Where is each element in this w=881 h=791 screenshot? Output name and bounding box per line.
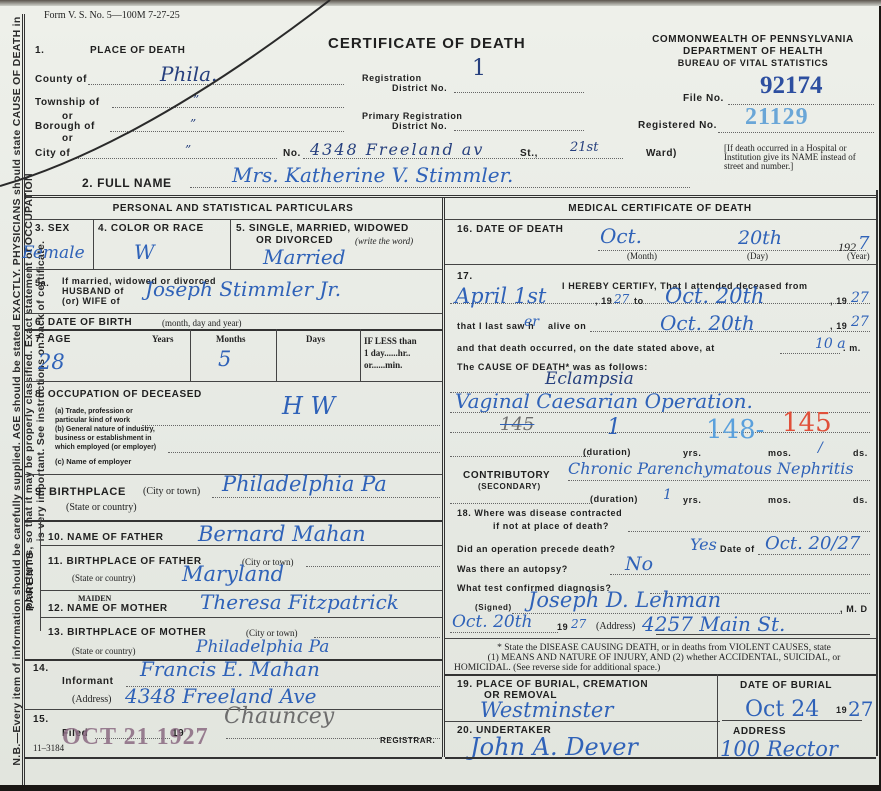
contributory-duration-line xyxy=(450,503,590,504)
race-label: 4. COLOR OR RACE xyxy=(98,223,204,234)
spouse-label3: (or) WIFE of xyxy=(62,296,120,306)
county-label: County of xyxy=(35,74,87,85)
row-line xyxy=(24,381,442,382)
row-line xyxy=(40,545,442,546)
county-value: Phila. xyxy=(160,62,217,86)
occupation-label: 8. OCCUPATION OF DECEASED xyxy=(35,389,202,400)
operation-date-line xyxy=(758,554,870,555)
form-bottom-code: 11–3184 xyxy=(33,743,64,753)
full-name-value: Mrs. Katherine V. Stimmler. xyxy=(232,163,513,187)
informant-address-label: (Address) xyxy=(72,694,111,705)
registration-district-line xyxy=(454,92,584,93)
filed-num: 15. xyxy=(33,714,49,725)
col-line xyxy=(360,329,361,381)
row-line xyxy=(445,264,876,265)
registered-no-label: Registered No. xyxy=(638,120,717,131)
death-time-suffix: . m. xyxy=(843,343,861,353)
footnote-line3: HOMICIDAL. (See reverse side for additio… xyxy=(454,663,874,673)
operation-value: Yes xyxy=(690,535,717,554)
borough-value: ” xyxy=(190,117,196,131)
marital-value: Married xyxy=(263,245,346,269)
birthplace-state-note: (State or country) xyxy=(66,502,137,513)
cause-duration-mark: 1 xyxy=(607,415,621,440)
col-line xyxy=(276,329,277,381)
occupation-line-a xyxy=(142,425,440,426)
occupation-a-line2: particular kind of work xyxy=(55,417,130,424)
street-value: 4348 Freeland av xyxy=(310,140,484,159)
operation-date-label: Date of xyxy=(720,544,755,554)
attended-from-year-prefix: , 19 xyxy=(595,296,612,306)
borough-line xyxy=(110,131,344,132)
last-saw-label2: alive on xyxy=(548,321,586,331)
birthplace-label: 9. BIRTHPLACE xyxy=(35,486,126,498)
cause-line2-value: Vaginal Caesarian Operation. xyxy=(455,389,753,413)
hospital-note: [If death occurred in a Hospital or Inst… xyxy=(724,144,872,171)
ward-value: 21st xyxy=(570,140,598,155)
contributory-value: Chronic Parenchymatous Nephritis xyxy=(568,459,854,478)
last-saw-date: Oct. 20th xyxy=(660,311,755,335)
attended-from-year: 27 xyxy=(614,292,629,306)
filed-date-stamp: OCT 21 1927 xyxy=(62,724,209,751)
footnote-line2: (1) MEANS AND NATURE OF INJURY, AND (2) … xyxy=(454,653,874,663)
spouse-label2: HUSBAND of xyxy=(62,286,124,296)
row-line xyxy=(445,638,876,639)
footnote-line1: * State the DISEASE CAUSING DEATH, or in… xyxy=(454,643,874,653)
township-value: ” xyxy=(193,93,199,107)
less-than-line1: IF LESS than xyxy=(364,336,417,346)
signed-year-prefix: 19 xyxy=(557,622,568,632)
row-line xyxy=(24,313,442,314)
burial-date-label: DATE OF BURIAL xyxy=(740,680,832,691)
row-line xyxy=(24,269,442,270)
full-name-label: 2. FULL NAME xyxy=(82,176,172,190)
attended-to-value: Oct. 20th xyxy=(665,284,764,308)
contributory-mos-label: mos. xyxy=(768,495,791,505)
file-no-label: File No. xyxy=(683,93,724,104)
birthplace-value: Philadelphia Pa xyxy=(222,472,387,496)
death-time-label: and that death occurred, on the date sta… xyxy=(457,343,715,353)
undertaker-address-label: ADDRESS xyxy=(733,726,786,737)
cause-code-red: 145 xyxy=(782,408,832,438)
or-label-2: or xyxy=(62,133,73,144)
attended-to-year-prefix: , 19 xyxy=(830,296,847,306)
occupation-a-line1: (a) Trade, profession or xyxy=(55,408,133,415)
death-month-value: Oct. xyxy=(600,224,642,248)
header-divider xyxy=(24,195,876,198)
dob-note: (month, day and year) xyxy=(162,318,241,328)
father-value: Bernard Mahan xyxy=(198,522,366,546)
right-border xyxy=(876,190,878,756)
burial-date-value: Oct 24 xyxy=(745,697,819,722)
mother-birthplace-line xyxy=(314,637,440,638)
death-time-line xyxy=(780,353,840,354)
mother-birthplace-state-note: (State or country) xyxy=(72,646,135,656)
operation-date-value: Oct. 20/27 xyxy=(765,533,860,554)
primary-registration-label2: District No. xyxy=(392,121,447,131)
death-day-value: 20th xyxy=(738,227,782,249)
col-line xyxy=(230,219,231,269)
marital-label1: 5. SINGLE, MARRIED, WIDOWED xyxy=(236,223,409,234)
last-saw-year: 27 xyxy=(851,314,869,330)
col-line xyxy=(190,329,191,381)
burial-place-value: Westminster xyxy=(480,698,613,722)
cause-mos-label: mos. xyxy=(768,448,791,458)
less-than-line2: 1 day......hr.. xyxy=(364,348,410,358)
city-line xyxy=(75,158,277,159)
to-label: to xyxy=(634,296,644,306)
months-label: Months xyxy=(216,334,246,344)
burial-place-label1: 19. PLACE OF BURIAL, CREMATION xyxy=(457,679,648,690)
age-label: 7. AGE xyxy=(35,334,71,345)
file-no-value: 92174 xyxy=(760,72,823,100)
days-label: Days xyxy=(306,334,325,344)
personal-section-title: PERSONAL AND STATISTICAL PARTICULARS xyxy=(24,203,442,214)
row-line xyxy=(24,757,442,759)
cause-duration-mos: / xyxy=(818,440,823,456)
ward-label: Ward) xyxy=(646,148,677,159)
physician-address-value: 4257 Main St. xyxy=(642,612,785,636)
spouse-num: 5a. xyxy=(35,278,49,288)
section1-number: 1. xyxy=(35,45,45,56)
last-saw-year-prefix: , 19 xyxy=(830,321,847,331)
father-birthplace-state-note: (State or country) xyxy=(72,573,135,583)
operation-label: Did an operation precede death? xyxy=(457,544,616,554)
cause-yrs-label: yrs. xyxy=(683,448,701,458)
cause-duration-line xyxy=(450,456,590,457)
signed-date-line xyxy=(450,632,558,633)
row-line xyxy=(40,617,442,618)
occupation-value: H W xyxy=(282,392,335,420)
occupation-line-b xyxy=(168,452,440,453)
death-time-value: 10 a xyxy=(815,336,846,352)
agency-line1: COMMONWEALTH OF PENNSYLVANIA xyxy=(628,34,878,45)
mother-birthplace-label: 13. BIRTHPLACE OF MOTHER xyxy=(48,627,206,638)
agency-line3: BUREAU OF VITAL STATISTICS xyxy=(628,58,878,68)
md-label: , M. D xyxy=(840,604,868,614)
registration-district-value: 1 xyxy=(472,56,486,81)
burial-col-line xyxy=(717,674,718,757)
father-birthplace-line xyxy=(306,566,440,567)
sex-label: 3. SEX xyxy=(35,223,70,234)
registrar-label: REGISTRAR. xyxy=(380,736,435,745)
city-label: City of xyxy=(35,148,70,159)
medical-section-title: MEDICAL CERTIFICATE OF DEATH xyxy=(445,203,875,214)
father-label: 10. NAME OF FATHER xyxy=(48,532,164,543)
contributory-duration-label: (duration) xyxy=(590,494,638,504)
row-line xyxy=(24,329,442,331)
row-line xyxy=(445,219,876,220)
birthplace-note: (City or town) xyxy=(143,486,200,497)
contracted-line xyxy=(628,531,870,532)
registrar-signature: Chauncey xyxy=(224,704,334,729)
mother-birthplace-value: Philadelphia Pa xyxy=(196,637,329,657)
mother-value: Theresa Fitzpatrick xyxy=(200,590,399,614)
father-birthplace-label: 11. BIRTHPLACE OF FATHER xyxy=(48,556,202,567)
informant-num: 14. xyxy=(33,663,49,674)
contributory-ds-label: ds. xyxy=(853,495,868,505)
registered-no-value: 21129 xyxy=(745,104,809,131)
contributory-yrs-label: yrs. xyxy=(683,495,701,505)
primary-registration-label1: Primary Registration xyxy=(362,111,463,121)
occupation-c: (c) Name of employer xyxy=(55,457,131,466)
age-years-value: 28 xyxy=(38,350,65,374)
dob-label: 6. DATE OF BIRTH xyxy=(35,317,132,328)
parents-label: PARENTS xyxy=(25,548,39,612)
day-caption: (Day) xyxy=(747,251,768,261)
autopsy-label: Was there an autopsy? xyxy=(457,564,568,574)
cause-duration-label: (duration) xyxy=(583,447,631,457)
place-of-death-label: PLACE OF DEATH xyxy=(90,45,185,56)
informant-label: Informant xyxy=(62,676,114,687)
signed-date: Oct. 20th xyxy=(452,612,533,632)
full-name-line xyxy=(190,187,690,188)
registration-district-label1: Registration xyxy=(362,73,422,83)
scan-edge-shadow xyxy=(0,0,881,6)
occupation-b-line2: business or establishment in xyxy=(55,435,151,442)
contributory-line xyxy=(568,480,870,481)
contracted-label1: 18. Where was disease contracted xyxy=(457,508,622,518)
last-saw-label1: that I last saw h xyxy=(457,321,534,331)
street-suffix-label: St., xyxy=(520,148,538,159)
row-line xyxy=(445,757,876,759)
less-than-line3: or......min. xyxy=(364,360,402,370)
cause-ds-label: ds. xyxy=(853,448,868,458)
autopsy-value: No xyxy=(625,553,653,575)
center-divider xyxy=(442,197,445,757)
row-line xyxy=(445,674,876,676)
registered-no-line xyxy=(718,132,874,133)
attended-from-value: April 1st xyxy=(455,284,546,308)
date-of-death-label: 16. DATE OF DEATH xyxy=(457,224,564,235)
occupation-b-line3: which employed (or employer) xyxy=(55,444,156,451)
burial-year-prefix: 19 xyxy=(836,705,847,715)
borough-label: Borough of xyxy=(35,121,95,132)
father-birthplace-value: Maryland xyxy=(182,562,284,586)
death-certificate-page: N.B.—Every item of information should be… xyxy=(0,0,879,785)
signed-value: Joseph D. Lehman xyxy=(528,588,721,612)
contributory-duration-yrs: 1 xyxy=(663,487,672,503)
physician-address-label: (Address) xyxy=(596,621,635,632)
parents-bracket-line xyxy=(40,520,41,631)
attended-to-year: 27 xyxy=(851,290,869,306)
years-label: Years xyxy=(152,334,174,344)
mother-label: 12. NAME OF MOTHER xyxy=(48,603,168,614)
cause-code-struck: 145 xyxy=(500,414,534,435)
race-value: W xyxy=(134,240,155,264)
row-line xyxy=(445,721,720,722)
spouse-value: Joseph Stimmler Jr. xyxy=(145,277,341,301)
informant-value: Francis E. Mahan xyxy=(140,657,320,681)
marital-label-note: (write the word) xyxy=(355,236,413,246)
cause-line1-value: Eclampsia xyxy=(545,369,634,389)
contributory-label: CONTRIBUTORY xyxy=(463,470,550,481)
signed-year: 27 xyxy=(571,617,586,631)
certify-num: 17. xyxy=(457,271,473,282)
primary-registration-line xyxy=(454,130,584,131)
township-line xyxy=(112,107,344,108)
year-caption: (Year) xyxy=(847,251,870,261)
form-number: Form V. S. No. 5—100M 7-27-25 xyxy=(44,10,180,21)
secondary-label: (SECONDARY) xyxy=(478,482,541,491)
sex-value: Female xyxy=(22,243,85,263)
township-label: Township of xyxy=(35,97,100,108)
birthplace-line xyxy=(212,497,440,498)
city-value: ” xyxy=(185,143,191,157)
age-months-value: 5 xyxy=(218,347,231,371)
occupation-b-line1: (b) General nature of industry, xyxy=(55,426,155,433)
last-saw-pronoun: er xyxy=(524,314,539,330)
row-line xyxy=(24,219,442,220)
signed-label: (Signed) xyxy=(475,603,512,612)
left-border xyxy=(22,14,25,785)
footnote: * State the DISEASE CAUSING DEATH, or in… xyxy=(454,643,874,673)
col-line xyxy=(93,219,94,269)
certificate-title: CERTIFICATE OF DEATH xyxy=(328,35,526,52)
agency-line2: DEPARTMENT OF HEALTH xyxy=(628,46,878,57)
contracted-label2: if not at place of death? xyxy=(493,521,609,531)
street-number-label: No. xyxy=(283,148,301,159)
mother-maiden-label: MAIDEN xyxy=(78,594,111,603)
month-caption: (Month) xyxy=(627,251,657,261)
burial-year: 27 xyxy=(848,697,873,721)
cause-code: 148- xyxy=(706,415,764,445)
registration-district-label2: District No. xyxy=(392,83,447,93)
